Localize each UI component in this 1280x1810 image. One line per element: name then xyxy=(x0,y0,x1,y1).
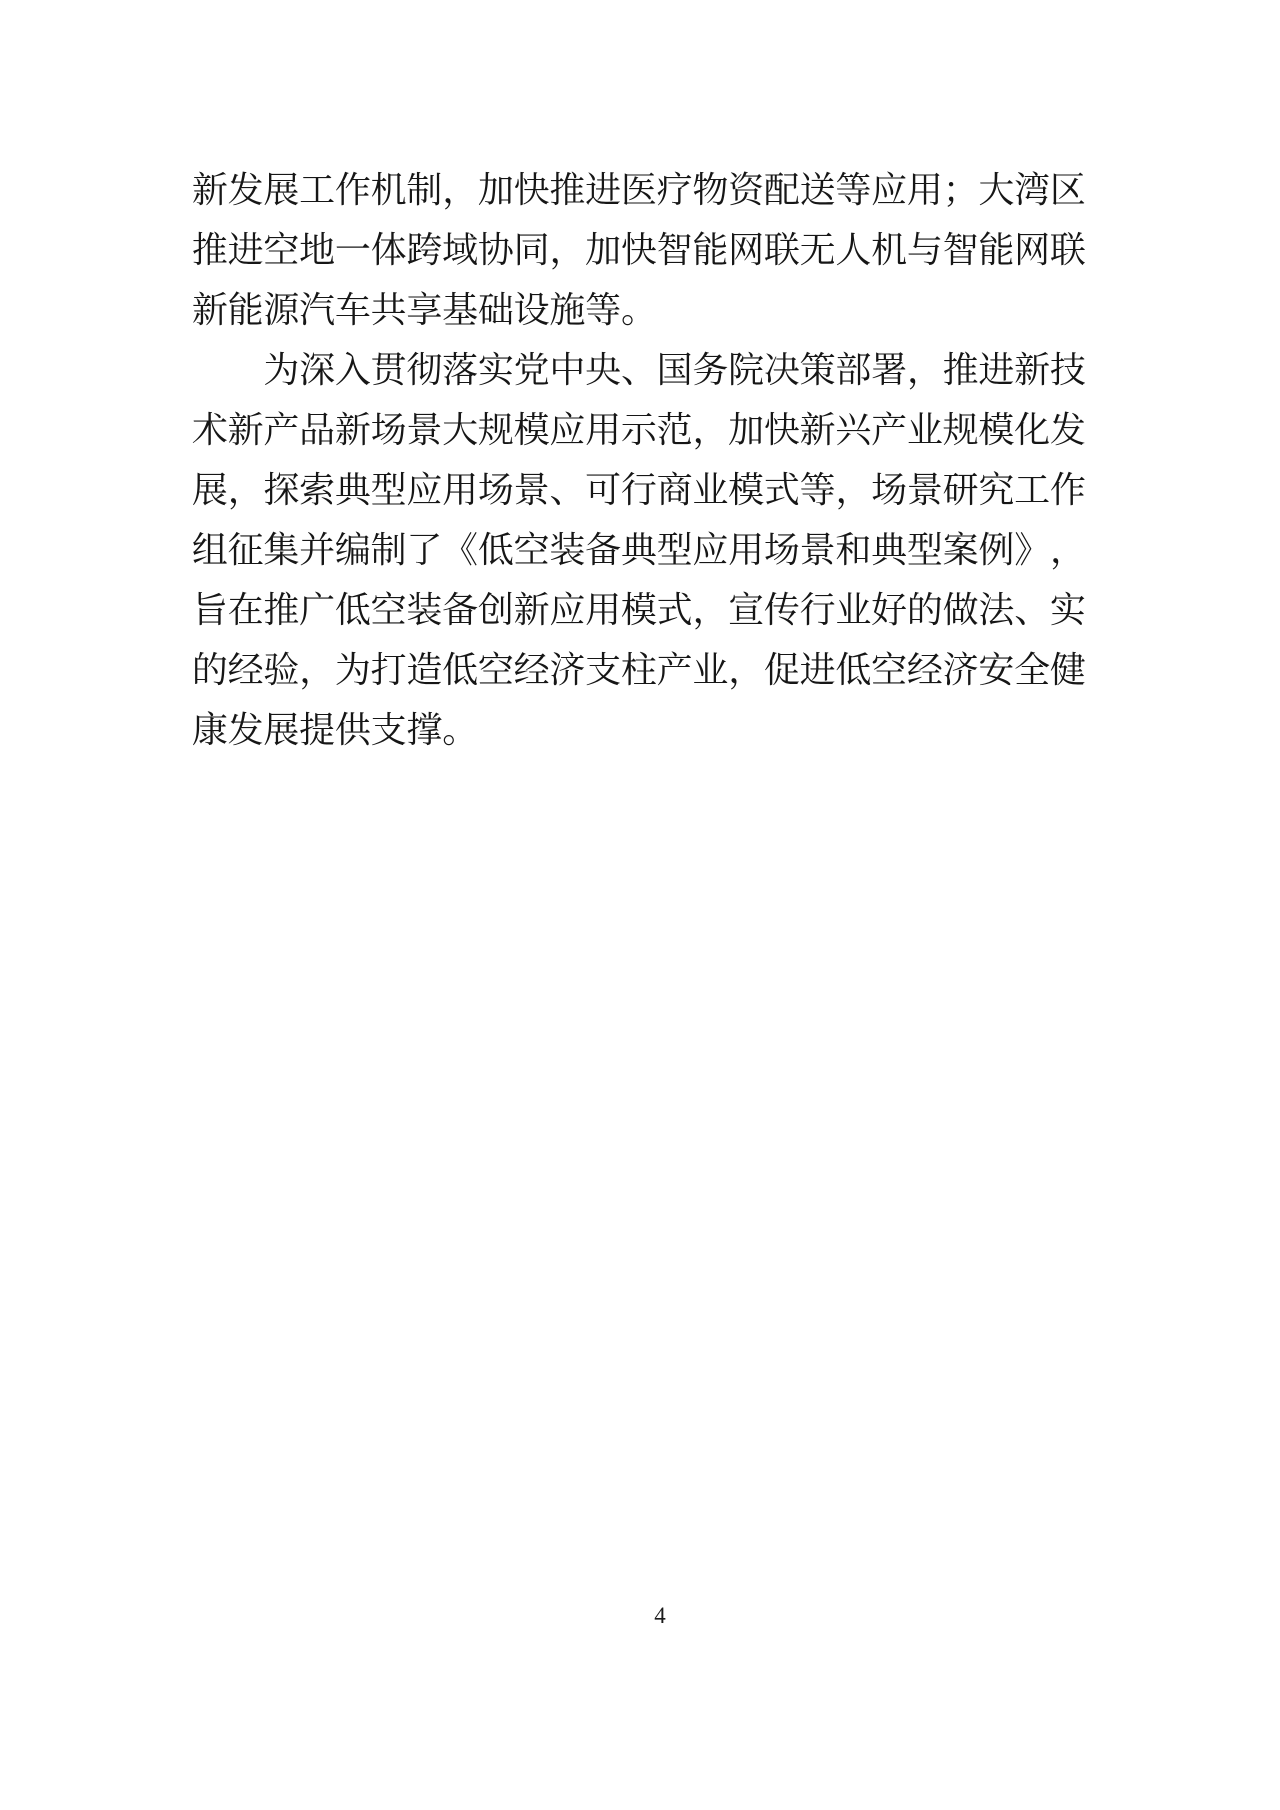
text-char: 并 xyxy=(299,520,335,580)
text-char: 供 xyxy=(335,700,371,760)
text-char: 在 xyxy=(228,580,264,640)
text-char: 制 xyxy=(371,520,407,580)
text-char: 区 xyxy=(1050,160,1086,220)
text-char: 研 xyxy=(943,460,979,520)
text-char: 跨 xyxy=(407,220,443,280)
text-char: 展 xyxy=(192,460,228,520)
text-char: 智 xyxy=(657,220,693,280)
text-char: 部 xyxy=(836,340,872,400)
text-char: 、 xyxy=(1014,580,1050,640)
text-char: 空 xyxy=(871,640,907,700)
text-char: 了 xyxy=(407,520,443,580)
text-char: 快 xyxy=(764,400,800,460)
text-char: 加 xyxy=(478,160,514,220)
text-char: 作 xyxy=(335,160,371,220)
text-char: 业 xyxy=(907,400,943,460)
text-char: 景 xyxy=(407,400,443,460)
text-char: 制 xyxy=(407,160,443,220)
text-char: 宣 xyxy=(728,580,764,640)
text-char: 模 xyxy=(728,460,764,520)
text-char: 工 xyxy=(299,160,335,220)
text-char: 集 xyxy=(264,520,300,580)
text-char: 国 xyxy=(657,340,693,400)
text-char: 业 xyxy=(693,460,729,520)
text-char: 景 xyxy=(514,460,550,520)
text-char: 技 xyxy=(1050,340,1086,400)
text-char: 模 xyxy=(621,580,657,640)
text-char: 兴 xyxy=(836,400,872,460)
text-char: 机 xyxy=(371,160,407,220)
text-char: 物 xyxy=(693,160,729,220)
text-char: 应 xyxy=(693,520,729,580)
text-char: 推 xyxy=(264,580,300,640)
text-char: 进 xyxy=(585,160,621,220)
text-char: 低 xyxy=(335,580,371,640)
text-char: 型 xyxy=(907,520,943,580)
text-char: 典 xyxy=(621,520,657,580)
text-char: 产 xyxy=(264,400,300,460)
text-char: 索 xyxy=(299,460,335,520)
text-char: 打 xyxy=(371,640,407,700)
text-char: 实 xyxy=(1050,580,1086,640)
text-char: 景 xyxy=(907,460,943,520)
text-char: 人 xyxy=(836,220,872,280)
text-char: 能 xyxy=(979,220,1015,280)
text-char: 型 xyxy=(371,460,407,520)
text-char: 式 xyxy=(657,580,693,640)
text-char: 究 xyxy=(979,460,1015,520)
text-char: 能 xyxy=(693,220,729,280)
text-char: 网 xyxy=(728,220,764,280)
text-line: 展，探索典型应用场景、可行商业模式等，场景研究工作 xyxy=(192,460,1086,520)
text-char: 策 xyxy=(800,340,836,400)
text-char: 资 xyxy=(728,160,764,220)
text-char: 旨 xyxy=(192,580,228,640)
text-line: 康发展提供支撑。 xyxy=(192,700,1086,760)
text-char: ， xyxy=(1050,520,1086,580)
text-char: 进 xyxy=(228,220,264,280)
text-char: 贯 xyxy=(371,340,407,400)
text-char: ， xyxy=(228,460,264,520)
text-char: 可 xyxy=(585,460,621,520)
text-char: 协 xyxy=(478,220,514,280)
text-char: 示 xyxy=(621,400,657,460)
text-char: 地 xyxy=(299,220,335,280)
text-char: 康 xyxy=(192,700,228,760)
text-char: 发 xyxy=(228,160,264,220)
text-char: 济 xyxy=(550,640,586,700)
text-char: 等 xyxy=(800,460,836,520)
text-char: 造 xyxy=(407,640,443,700)
text-char: 术 xyxy=(192,400,228,460)
text-char: 。 xyxy=(442,700,478,760)
text-char: 空 xyxy=(371,580,407,640)
text-line: 新发展工作机制，加快推进医疗物资配送等应用；大湾区 xyxy=(192,160,1086,220)
text-char: 展 xyxy=(264,700,300,760)
text-char: 快 xyxy=(621,220,657,280)
text-char: 湾 xyxy=(1014,160,1050,220)
text-char: 用 xyxy=(728,520,764,580)
text-char: ， xyxy=(442,160,478,220)
text-char: 设 xyxy=(514,280,550,340)
text-char: 备 xyxy=(585,520,621,580)
text-char: 低 xyxy=(478,520,514,580)
text-char: 创 xyxy=(478,580,514,640)
text-char: 编 xyxy=(335,520,371,580)
text-char: 场 xyxy=(478,460,514,520)
text-char: 好 xyxy=(871,580,907,640)
text-char: 场 xyxy=(764,520,800,580)
text-char: 深 xyxy=(299,340,335,400)
text-char: 安 xyxy=(979,640,1015,700)
text-char: ， xyxy=(299,640,335,700)
text-char: 健 xyxy=(1050,640,1086,700)
text-char: 法 xyxy=(979,580,1015,640)
text-char: 应 xyxy=(550,580,586,640)
text-char: 新 xyxy=(335,400,371,460)
text-char: 疗 xyxy=(657,160,693,220)
text-char: 落 xyxy=(442,340,478,400)
text-char: 一 xyxy=(335,220,371,280)
text-char: 展 xyxy=(264,160,300,220)
text-char: ， xyxy=(550,220,586,280)
text-char: 新 xyxy=(1014,340,1050,400)
text-char: ， xyxy=(693,400,729,460)
text-char: ； xyxy=(943,160,979,220)
text-char: 化 xyxy=(1014,400,1050,460)
text-char: 做 xyxy=(943,580,979,640)
text-char: 景 xyxy=(800,520,836,580)
text-char: 场 xyxy=(871,460,907,520)
text-char: 车 xyxy=(335,280,371,340)
text-char: 同 xyxy=(514,220,550,280)
text-line: 术新产品新场景大规模应用示范，加快新兴产业规模化发 xyxy=(192,400,1086,460)
text-char: 务 xyxy=(693,340,729,400)
text-char: ， xyxy=(907,340,943,400)
text-char: 用 xyxy=(585,580,621,640)
page-number: 4 xyxy=(620,1603,700,1629)
text-char: 、 xyxy=(621,340,657,400)
text-char: 作 xyxy=(1050,460,1086,520)
text-char: 产 xyxy=(871,400,907,460)
text-char: 推 xyxy=(192,220,228,280)
text-line: 的经验，为打造低空经济支柱产业，促进低空经济安全健 xyxy=(192,640,1086,700)
text-char: ， xyxy=(728,640,764,700)
text-char: 支 xyxy=(585,640,621,700)
text-char: 新 xyxy=(800,400,836,460)
text-char: 和 xyxy=(836,520,872,580)
text-char: 空 xyxy=(514,520,550,580)
text-char: 业 xyxy=(836,580,872,640)
text-char: 配 xyxy=(764,160,800,220)
text-char: 备 xyxy=(442,580,478,640)
text-line: 新能源汽车共享基础设施等。 xyxy=(192,280,1086,340)
text-char: 央 xyxy=(585,340,621,400)
text-char: 商 xyxy=(657,460,693,520)
text-char: 验 xyxy=(264,640,300,700)
text-char: 等 xyxy=(836,160,872,220)
text-char: 装 xyxy=(550,520,586,580)
text-char: 济 xyxy=(943,640,979,700)
text-char: 低 xyxy=(836,640,872,700)
text-char: 广 xyxy=(299,580,335,640)
text-char: ， xyxy=(836,460,872,520)
text-char: 典 xyxy=(871,520,907,580)
text-char: 网 xyxy=(1014,220,1050,280)
text-char: 为 xyxy=(335,640,371,700)
text-char: 送 xyxy=(800,160,836,220)
text-char: 。 xyxy=(621,280,657,340)
text-char: 推 xyxy=(550,160,586,220)
text-char: 模 xyxy=(979,400,1015,460)
text-char: 决 xyxy=(764,340,800,400)
text-char: 业 xyxy=(693,640,729,700)
text-char: 用 xyxy=(585,400,621,460)
text-char: 基 xyxy=(442,280,478,340)
text-char: 征 xyxy=(228,520,264,580)
text-char: 础 xyxy=(478,280,514,340)
text-char: 与 xyxy=(907,220,943,280)
text-char: 联 xyxy=(764,220,800,280)
text-char: 加 xyxy=(728,400,764,460)
text-char: 新 xyxy=(514,580,550,640)
text-line: 为深入贯彻落实党中央、国务院决策部署，推进新技 xyxy=(192,340,1086,400)
text-char: 无 xyxy=(800,220,836,280)
text-char: 等 xyxy=(585,280,621,340)
text-char: 入 xyxy=(335,340,371,400)
text-char: 案 xyxy=(943,520,979,580)
text-char: 共 xyxy=(371,280,407,340)
text-char: 快 xyxy=(514,160,550,220)
text-char: 撑 xyxy=(407,700,443,760)
text-char: 院 xyxy=(728,340,764,400)
text-char: 署 xyxy=(871,340,907,400)
text-line: 组征集并编制了《低空装备典型应用场景和典型案例》， xyxy=(192,520,1086,580)
text-char: 中 xyxy=(550,340,586,400)
text-char: 组 xyxy=(192,520,228,580)
text-char: 经 xyxy=(228,640,264,700)
text-char: 彻 xyxy=(407,340,443,400)
text-char: 范 xyxy=(657,400,693,460)
text-char: 发 xyxy=(228,700,264,760)
text-char: 新 xyxy=(192,160,228,220)
text-char: 促 xyxy=(764,640,800,700)
text-char: 医 xyxy=(621,160,657,220)
text-char: 模 xyxy=(514,400,550,460)
text-char: 产 xyxy=(657,640,693,700)
text-char: 加 xyxy=(585,220,621,280)
text-char: 推 xyxy=(943,340,979,400)
text-char: 的 xyxy=(192,640,228,700)
text-char: 行 xyxy=(800,580,836,640)
text-char: 装 xyxy=(407,580,443,640)
text-char: 应 xyxy=(871,160,907,220)
text-char: 的 xyxy=(907,580,943,640)
text-char: 发 xyxy=(1050,400,1086,460)
text-char: 实 xyxy=(478,340,514,400)
text-char: 经 xyxy=(907,640,943,700)
text-char: 品 xyxy=(299,400,335,460)
text-char: 为 xyxy=(264,340,300,400)
text-line: 推进空地一体跨域协同，加快智能网联无人机与智能网联 xyxy=(192,220,1086,280)
text-char: 典 xyxy=(335,460,371,520)
text-char: 应 xyxy=(407,460,443,520)
text-char: 源 xyxy=(264,280,300,340)
text-char: 柱 xyxy=(621,640,657,700)
text-char: 规 xyxy=(478,400,514,460)
text-char: 汽 xyxy=(299,280,335,340)
text-line: 旨在推广低空装备创新应用模式，宣传行业好的做法、实 xyxy=(192,580,1086,640)
text-char: 《 xyxy=(442,520,478,580)
document-page: 新发展工作机制，加快推进医疗物资配送等应用；大湾区推进空地一体跨域协同，加快智能… xyxy=(0,0,1280,1810)
text-char: 享 xyxy=(407,280,443,340)
text-char: 联 xyxy=(1050,220,1086,280)
text-char: 全 xyxy=(1014,640,1050,700)
text-char: 用 xyxy=(907,160,943,220)
text-char: 新 xyxy=(192,280,228,340)
text-char: 机 xyxy=(871,220,907,280)
text-char: 型 xyxy=(657,520,693,580)
text-char: 应 xyxy=(550,400,586,460)
text-char: 智 xyxy=(943,220,979,280)
body-text: 新发展工作机制，加快推进医疗物资配送等应用；大湾区推进空地一体跨域协同，加快智能… xyxy=(192,160,1086,760)
text-char: 支 xyxy=(371,700,407,760)
text-char: 场 xyxy=(371,400,407,460)
text-char: 规 xyxy=(943,400,979,460)
text-char: 例 xyxy=(979,520,1015,580)
text-char: 提 xyxy=(299,700,335,760)
text-char: 域 xyxy=(442,220,478,280)
text-char: 大 xyxy=(442,400,478,460)
text-char: 施 xyxy=(550,280,586,340)
text-char: 行 xyxy=(621,460,657,520)
text-char: 》 xyxy=(1014,520,1050,580)
text-char: 用 xyxy=(442,460,478,520)
text-char: 进 xyxy=(979,340,1015,400)
text-char: 式 xyxy=(764,460,800,520)
text-char: 进 xyxy=(800,640,836,700)
text-char: 低 xyxy=(442,640,478,700)
text-char: 空 xyxy=(478,640,514,700)
text-char: 能 xyxy=(228,280,264,340)
text-char: 经 xyxy=(514,640,550,700)
text-char: 传 xyxy=(764,580,800,640)
text-char: 党 xyxy=(514,340,550,400)
text-char: ， xyxy=(693,580,729,640)
text-char: 探 xyxy=(264,460,300,520)
text-char: 新 xyxy=(228,400,264,460)
text-char: 工 xyxy=(1014,460,1050,520)
text-char: 、 xyxy=(550,460,586,520)
text-char: 空 xyxy=(264,220,300,280)
text-char: 体 xyxy=(371,220,407,280)
text-char: 大 xyxy=(979,160,1015,220)
